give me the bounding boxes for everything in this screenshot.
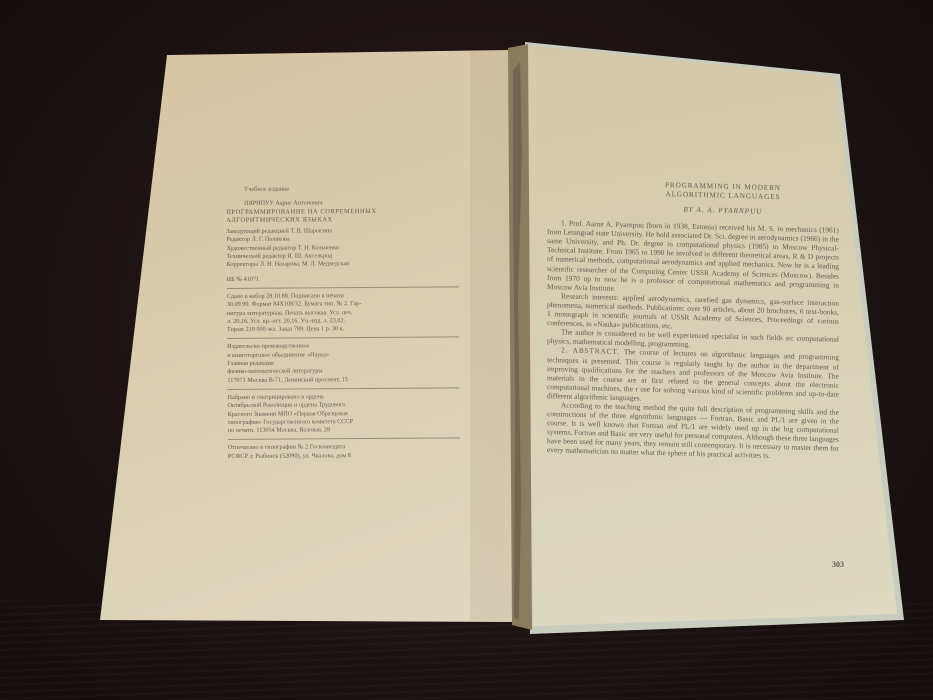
printing-line: РСФСР. г. Рыбинск (52090), ул. Чкалова, … bbox=[228, 451, 460, 461]
publisher-line: 117071 Москва В-71, Ленинский проспект, … bbox=[227, 375, 459, 385]
print-detail-line: Тираж 210 000 экз. Заказ 789. Цена 1 р. … bbox=[227, 325, 459, 335]
abstract-paragraph: 2. ABSTRACT. The course of lectures on a… bbox=[547, 345, 839, 407]
typesetting-line: по печати. 113054 Москва, Валовая, 28 bbox=[228, 425, 460, 435]
method-paragraph: According to the teaching method the qui… bbox=[547, 400, 839, 462]
colophon-block: Учебное издание ПЯРНПУУ Аарне Антонович … bbox=[226, 184, 460, 461]
isbn-line: ИБ № 41071 bbox=[227, 274, 459, 284]
divider bbox=[227, 286, 459, 289]
abstract-text: The course of lectures on algorithmic la… bbox=[547, 347, 839, 402]
divider bbox=[227, 337, 459, 340]
english-summary: PROGRAMMING IN MODERN ALGORITHMIC LANGUA… bbox=[547, 178, 839, 462]
divider bbox=[227, 387, 459, 390]
divider bbox=[228, 438, 460, 441]
page-number: 303 bbox=[832, 560, 844, 569]
article-byline: BY A. A. PYARNPUU bbox=[547, 202, 839, 219]
bio-paragraph: 1. Prof. Aarne A. Pyarnpuu (born in 1938… bbox=[547, 218, 839, 298]
